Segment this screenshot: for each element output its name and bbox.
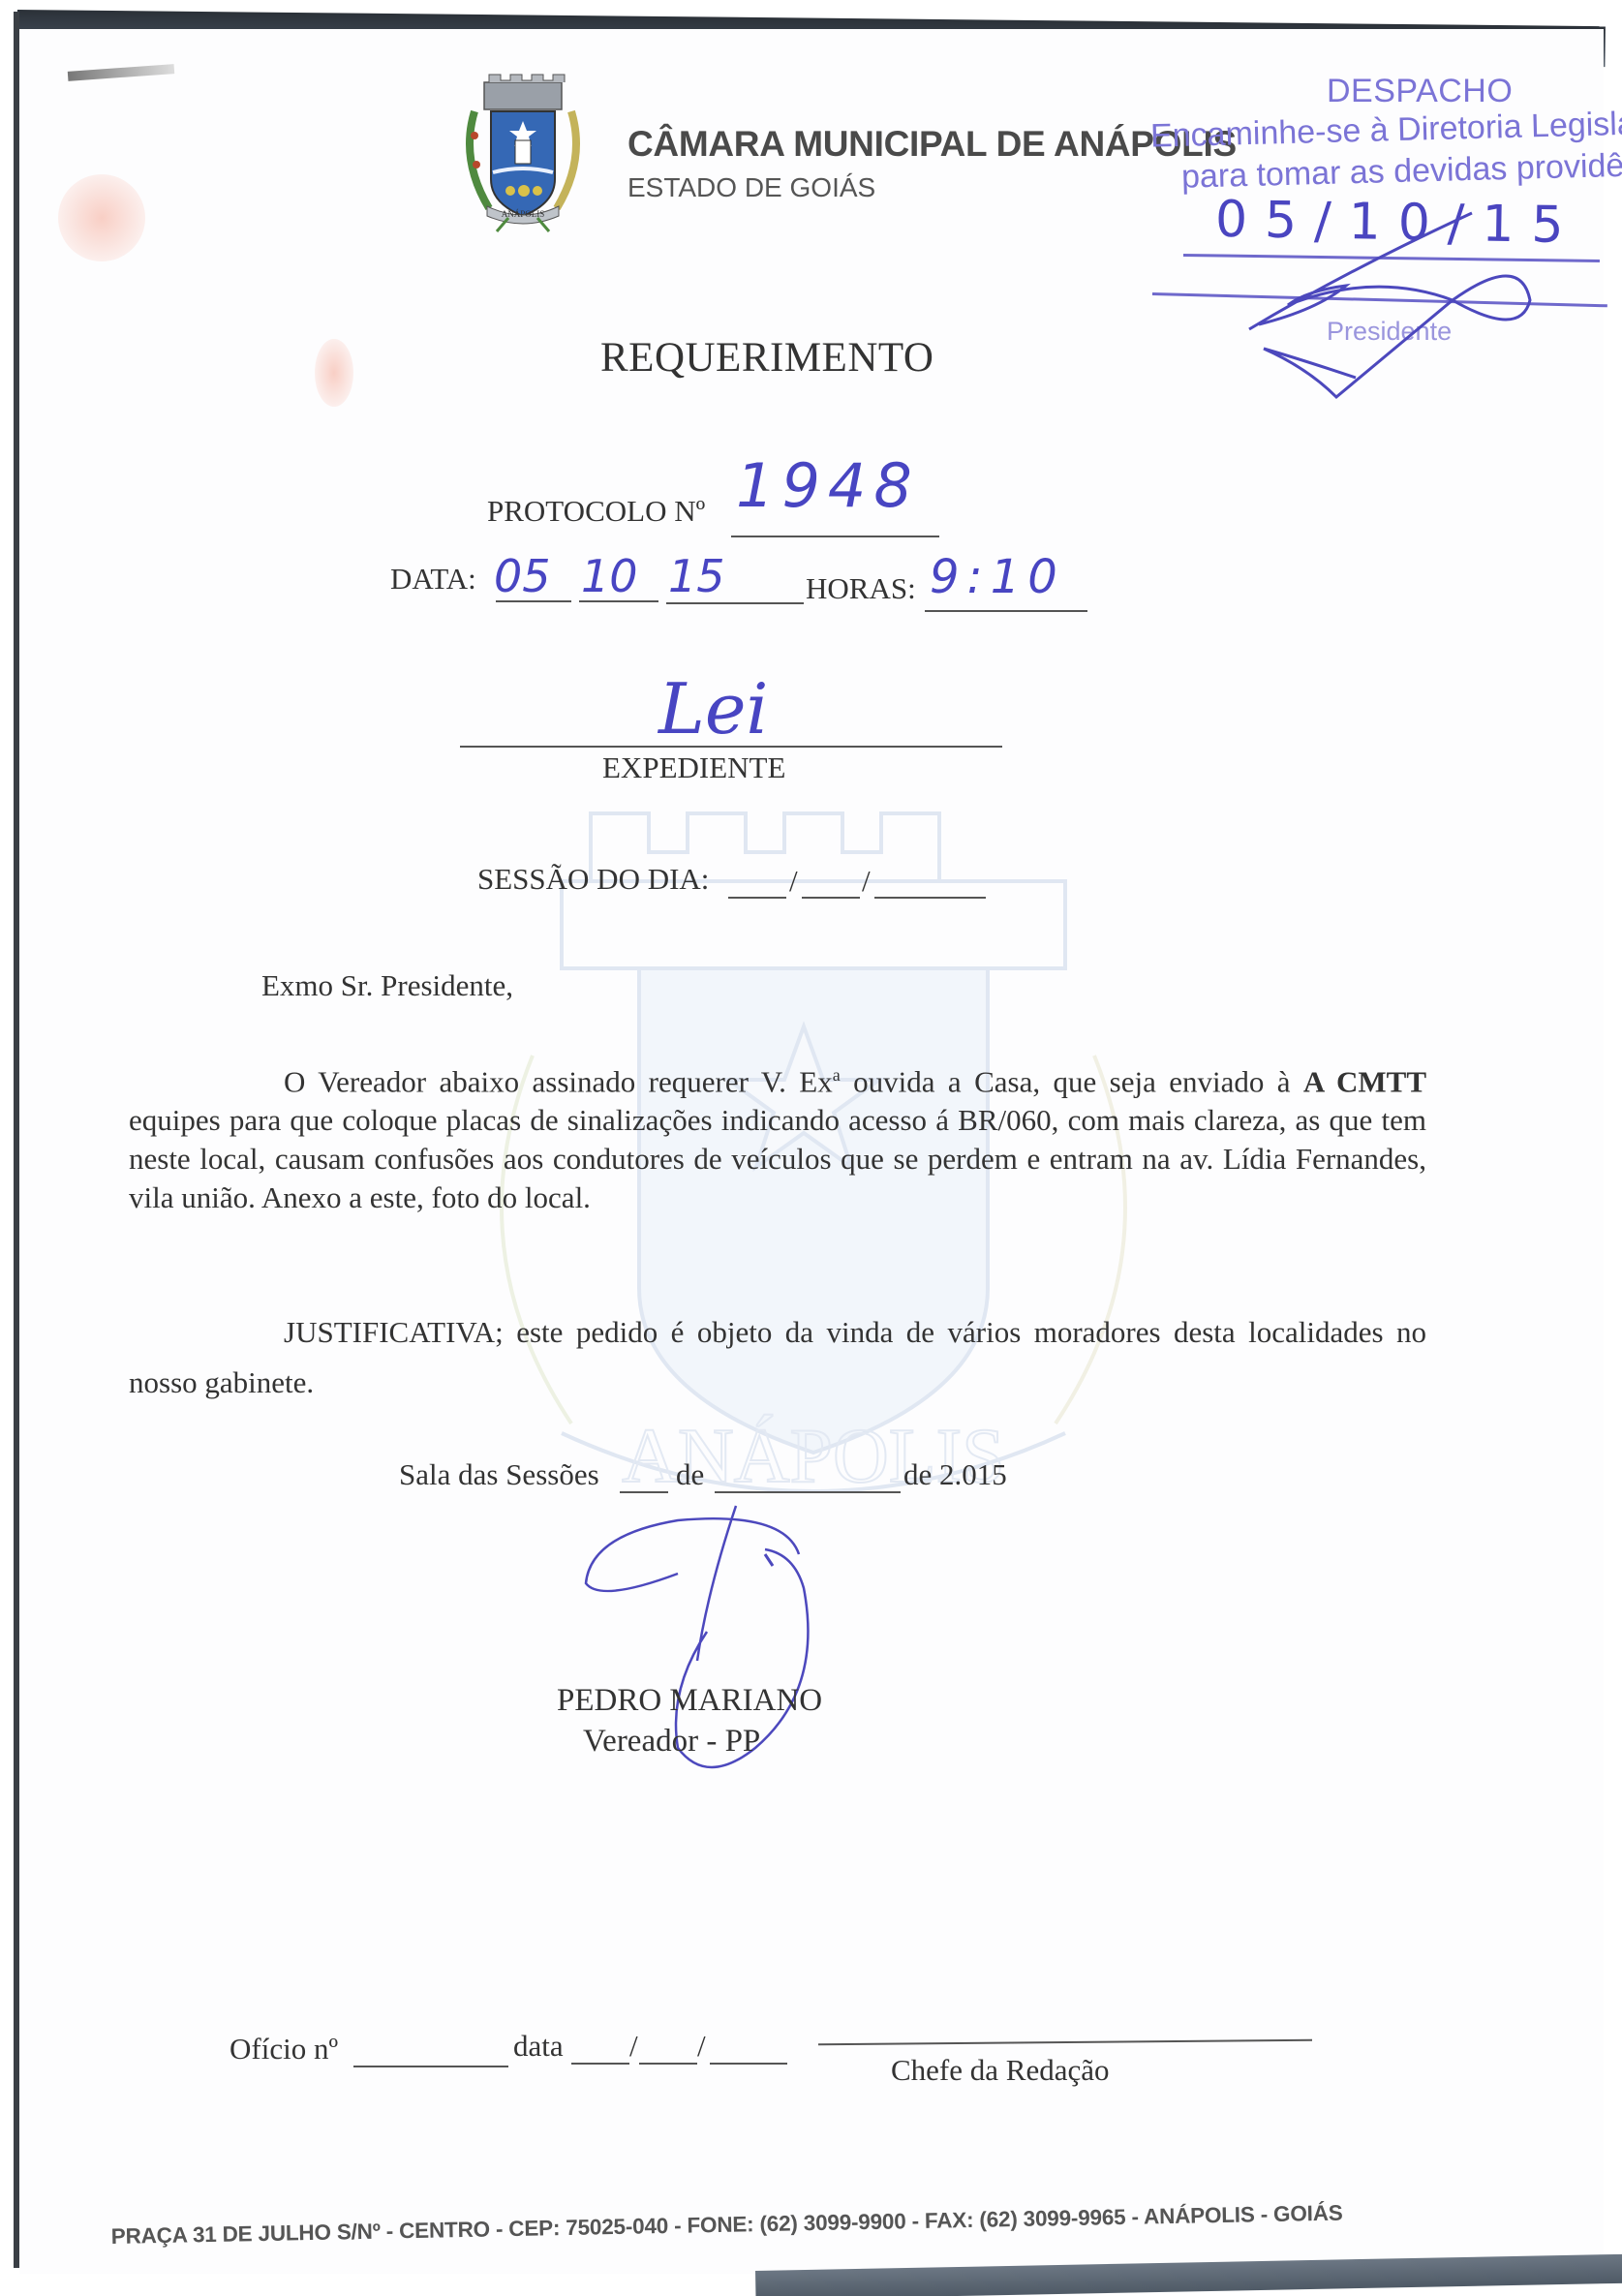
oficio-slash-1: / bbox=[629, 2029, 638, 2064]
date-day: 05 bbox=[494, 550, 551, 602]
session-label: SESSÃO DO DIA: bbox=[477, 862, 709, 897]
document-title: REQUERIMENTO bbox=[600, 334, 933, 382]
body-text-before: ouvida a Casa, que seja enviado à bbox=[841, 1064, 1303, 1098]
body-text-after: equipes para que coloque placas de sinal… bbox=[129, 1103, 1426, 1214]
protocol-line bbox=[731, 536, 939, 537]
staple-mark bbox=[68, 64, 174, 81]
stamp-title: DESPACHO bbox=[1327, 73, 1513, 110]
date-year: 15 bbox=[668, 550, 725, 602]
oficio-date-label: data bbox=[513, 2029, 564, 2064]
signer-name: PEDRO MARIANO bbox=[557, 1683, 822, 1719]
hours-label: HORAS: bbox=[806, 571, 916, 606]
body-intro: O Vereador abaixo assinado requerer V. E… bbox=[284, 1064, 833, 1098]
session-month-line bbox=[802, 897, 860, 899]
organization-state: ESTADO DE GOIÁS bbox=[627, 172, 875, 203]
session-slash-2: / bbox=[862, 864, 871, 899]
date-day-line bbox=[496, 600, 571, 602]
councilor-signature-icon bbox=[562, 1496, 852, 1806]
session-slash-1: / bbox=[789, 864, 798, 899]
session-day-line bbox=[728, 897, 786, 899]
body-bold-entity: A CMTT bbox=[1303, 1064, 1426, 1098]
closing-day-line bbox=[620, 1491, 668, 1493]
ink-smudge bbox=[315, 339, 353, 407]
oficio-label: Ofício nº bbox=[230, 2032, 338, 2066]
date-month-line bbox=[579, 600, 658, 602]
municipal-coat-of-arms-icon: ANÁPOLIS bbox=[450, 73, 596, 232]
justification: JUSTIFICATIVA; este pedido é objeto da v… bbox=[129, 1307, 1426, 1408]
protocol-number: 1948 bbox=[736, 450, 920, 521]
president-signature-icon bbox=[1230, 194, 1559, 426]
closing-month-line bbox=[715, 1491, 901, 1493]
salutation: Exmo Sr. Presidente, bbox=[261, 968, 513, 1003]
oficio-month-line bbox=[639, 2063, 697, 2065]
date-label: DATA: bbox=[390, 562, 476, 597]
oficio-slash-2: / bbox=[697, 2029, 706, 2064]
date-year-line bbox=[666, 602, 804, 604]
closing-prefix: Sala das Sessões bbox=[399, 1457, 599, 1492]
protocol-label: PROTOCOLO Nº bbox=[487, 494, 705, 529]
oficio-year-line bbox=[710, 2063, 787, 2065]
svg-text:ANÁPOLIS: ANÁPOLIS bbox=[502, 209, 545, 219]
oficio-day-line bbox=[571, 2063, 629, 2065]
oficio-number-line bbox=[353, 2066, 508, 2067]
date-month: 10 bbox=[581, 550, 638, 602]
signer-role: Vereador - PP bbox=[583, 1724, 760, 1760]
expediente-handwriting: Lei bbox=[658, 668, 768, 750]
chief-label: Chefe da Redação bbox=[891, 2053, 1110, 2088]
closing-suffix: de 2.015 bbox=[903, 1457, 1007, 1492]
ink-smudge bbox=[58, 174, 145, 261]
justification-text: JUSTIFICATIVA; este pedido é objeto da v… bbox=[129, 1315, 1426, 1399]
expediente-line bbox=[460, 746, 1002, 748]
hours-value: 9:10 bbox=[930, 550, 1065, 604]
closing-de: de bbox=[676, 1457, 704, 1492]
session-year-line bbox=[874, 897, 986, 899]
expediente-label: EXPEDIENTE bbox=[602, 750, 785, 785]
request-body: O Vereador abaixo assinado requerer V. E… bbox=[129, 1056, 1426, 1217]
body-superscript: a bbox=[833, 1065, 841, 1085]
hours-line bbox=[925, 610, 1087, 612]
stamp-line-2: para tomar as devidas providência bbox=[1181, 145, 1622, 197]
